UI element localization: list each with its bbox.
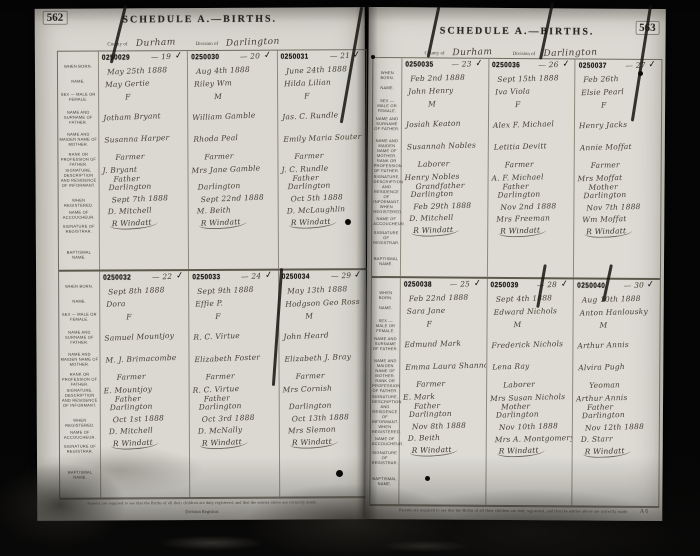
field-label: Rank or Profession of Father.: [61, 372, 99, 387]
field-label: Sex — Male or Female.: [59, 92, 97, 102]
register-page-563: 563 SCHEDULE A.—BIRTHS. County of Durham…: [365, 7, 666, 521]
corner-mark: A 6: [640, 509, 649, 515]
field-label: Signature, Description and Residence of …: [373, 174, 399, 204]
child-name-entry: John Henry: [408, 86, 453, 96]
when-registered-entry: Nov 2nd 1888: [500, 201, 556, 212]
sex-entry: M: [428, 99, 436, 108]
registrar-signature: R Windatt: [199, 217, 247, 230]
record-row-band: When Born.Name.Sex — Male or Female.Name…: [372, 58, 662, 280]
field-label: Signature of Registrar.: [61, 444, 99, 454]
father-name-entry: Henry Jacks: [579, 120, 628, 130]
when-born-entry: Sept 8th 1888: [108, 285, 165, 296]
field-label: Name.: [59, 79, 97, 84]
field-label-column: When Born.Name.Sex — Male or Female.Name…: [370, 278, 401, 504]
field-label: When Registered.: [372, 424, 398, 434]
father-rank-entry: Farmer: [295, 371, 324, 381]
county-division-line: County of Durham Division of Darlington: [35, 31, 365, 51]
registration-number-stamp: 0250030: [191, 53, 219, 61]
child-name-entry: Hodgson Geo Ross: [285, 297, 360, 309]
registration-number-stamp: 0250036: [492, 61, 520, 69]
registrar-signature: R Windatt: [288, 216, 336, 229]
father-rank-entry: Farmer: [206, 371, 235, 381]
handwritten-sequence-number: — 20: [240, 51, 261, 61]
registration-number-stamp: 0250029: [102, 54, 130, 62]
field-label: Rank or Profession of Father.: [374, 158, 400, 173]
field-label: Name of Accoucheur.: [372, 436, 398, 446]
informant-residence-entry: Darlington: [110, 402, 153, 413]
father-rank-entry: Farmer: [416, 379, 445, 389]
register-table: When Born.Name.Sex — Male or Female.Name…: [57, 49, 369, 500]
informant-residence-entry: Darlington: [198, 181, 241, 192]
check-mark: ✓: [264, 271, 273, 282]
field-label: Signature, Description and Residence of …: [372, 394, 398, 424]
when-born-entry: Sept 9th 1888: [197, 285, 254, 296]
handwritten-sequence-number: — 30: [624, 281, 644, 291]
father-name-entry: Arthur Annis: [578, 340, 630, 350]
registrar-signature: R Windatt: [498, 225, 546, 237]
certification-line: Division Registrar.: [37, 508, 367, 515]
birth-record: 0250037 — 27 ✓ Feb 26th Elsie Pearl F He…: [574, 59, 661, 278]
father-rank-entry: Farmer: [205, 151, 234, 161]
county-label: County of: [107, 42, 127, 47]
field-label: Name and Maiden Name of Mother.: [60, 352, 98, 367]
informant-residence-entry: Darlington: [199, 401, 242, 412]
birth-record: 0250033 — 24 ✓ Sept 9th 1888 Effie P. F …: [189, 271, 280, 497]
field-label: Sex — Male or Female.: [60, 312, 98, 322]
handwritten-sequence-number: — 22: [152, 272, 173, 282]
page-title: SCHEDULE A.—BIRTHS.: [35, 13, 365, 26]
informant-residence-entry: Darlington: [288, 401, 331, 412]
field-label: Baptismal Name.: [60, 250, 98, 260]
mother-name-entry: Susannah Nobles: [407, 141, 476, 152]
when-born-entry: Feb 22nd 1888: [409, 293, 469, 304]
accoucheur-entry: D. Beith: [408, 433, 441, 443]
mother-name-entry: Elizabeth J. Bray: [284, 352, 351, 364]
field-label-column: When Born.Name.Sex — Male or Female.Name…: [59, 272, 101, 498]
sex-entry: F: [215, 312, 221, 321]
record-group: 0250035 — 23 ✓ Feb 2nd 1888 John Henry M…: [401, 58, 662, 278]
check-mark: ✓: [175, 271, 184, 282]
registrar-signature: R Windatt: [410, 445, 458, 457]
field-label: Rank or Profession of Father.: [372, 378, 398, 393]
registration-number-stamp: 0250035: [405, 61, 433, 69]
registrar-signature: R Windatt: [200, 437, 248, 450]
father-name-entry: Samuel Mountjoy: [104, 331, 174, 343]
accoucheur-entry: D. Starr: [581, 434, 613, 444]
handwritten-sequence-number: — 23: [452, 59, 472, 69]
registrar-signature: R Windatt: [496, 445, 544, 457]
mother-name-entry: Rhoda Peal: [194, 133, 239, 144]
sex-entry: F: [304, 91, 310, 100]
when-registered-entry: Feb 29th 1888: [413, 201, 471, 212]
father-name-entry: Alex F. Michael: [493, 119, 554, 130]
child-name-entry: Sara Jane: [407, 306, 446, 316]
father-rank-entry: Farmer: [294, 151, 323, 161]
sex-entry: F: [126, 312, 132, 321]
birth-record: 0250035 — 23 ✓ Feb 2nd 1888 John Henry M…: [401, 58, 489, 277]
sex-entry: M: [305, 311, 313, 320]
informant-residence-entry: Darlington: [582, 410, 625, 420]
child-name-entry: Iva Viola: [495, 86, 530, 96]
handwritten-sequence-number: — 21: [329, 51, 350, 61]
field-label: Signature of Registrar.: [372, 450, 398, 465]
birth-record: 0250029 — 19 ✓ May 25th 1888 May Gertie …: [99, 51, 189, 269]
father-rank-entry: Laborer: [503, 380, 535, 390]
sex-entry: M: [600, 321, 608, 330]
record-row-band: When Born.Name.Sex — Male or Female.Name…: [58, 50, 367, 272]
division-value: Darlington: [226, 37, 280, 49]
page-title: SCHEDULE A.—BIRTHS.: [369, 25, 666, 38]
field-label: When Registered.: [60, 198, 98, 208]
registrar-signature: R Windatt: [411, 225, 459, 237]
register-table: When Born.Name.Sex — Male or Female.Name…: [369, 57, 662, 508]
check-mark: ✓: [475, 58, 484, 69]
registration-number-stamp: 0250039: [490, 281, 518, 289]
check-mark: ✓: [647, 279, 656, 290]
mother-name-entry: Alvira Pugh: [579, 362, 626, 372]
child-name-entry: Riley Wm: [194, 78, 232, 89]
field-label: Baptismal Name.: [371, 476, 397, 486]
division-label: Division of: [196, 42, 219, 47]
informant-residence-entry: Darlington: [410, 189, 453, 199]
handwritten-sequence-number: — 26: [538, 60, 558, 70]
record-row-band: When Born.Name.Sex — Male or Female.Name…: [370, 278, 660, 507]
record-group: 0250032 — 22 ✓ Sept 8th 1888 Dora F Samu…: [100, 270, 368, 497]
registrar-signature: R Windatt: [110, 217, 158, 230]
father-rank-entry: Yeoman: [589, 380, 620, 390]
check-mark: ✓: [353, 50, 362, 61]
check-mark: ✓: [263, 51, 272, 62]
accoucheur-entry: D. McLaughlin: [286, 204, 345, 215]
footnote: Parents are required to see that the Bir…: [50, 499, 354, 506]
informant-residence-entry: Darlington: [497, 189, 540, 199]
father-name-entry: Jotham Bryant: [103, 111, 161, 122]
scanned-birth-register-spread: 562 SCHEDULE A.—BIRTHS. County of Durham…: [0, 0, 700, 556]
informant-residence-entry: Darlington: [409, 409, 452, 419]
field-label: When Born.: [373, 290, 399, 300]
division-label: Division of: [513, 52, 536, 57]
child-name-entry: Dora: [106, 299, 126, 309]
father-name-entry: Frederick Nichols: [491, 339, 563, 350]
field-label: Name and Surname of Father.: [372, 336, 398, 351]
check-mark: ✓: [648, 59, 657, 70]
when-registered-entry: Nov 8th 1888: [412, 421, 466, 432]
field-label: Name and Maiden Name of Mother.: [374, 138, 400, 158]
child-name-entry: Hilda Lilian: [284, 78, 331, 89]
handwritten-sequence-number: — 27: [625, 61, 645, 71]
father-rank-entry: Farmer: [591, 160, 620, 170]
mother-name-entry: Elizabeth Foster: [195, 353, 261, 365]
accoucheur-entry: D. Mitchell: [108, 205, 152, 216]
informant-signature-entry: Mrs Jane Gamble: [192, 163, 261, 175]
mother-name-entry: Annie Moffat: [580, 142, 632, 152]
registrar-signature: R Windatt: [111, 437, 159, 450]
when-born-entry: Feb 2nd 1888: [410, 73, 465, 84]
when-registered-entry: Oct 5th 1888: [290, 192, 343, 203]
check-mark: ✓: [562, 59, 571, 70]
field-label: Signature of Registrar.: [60, 224, 98, 234]
field-label: Name and Surname of Father.: [59, 110, 97, 125]
registration-number-stamp: 0250032: [103, 274, 131, 282]
when-registered-entry: Oct 1st 1888: [113, 413, 165, 424]
birth-record: 0250036 — 26 ✓ Sept 15th 1888 Iva Viola …: [488, 59, 576, 278]
birth-record: 0250031 — 21 ✓ June 24th 1888 Hilda Lili…: [278, 50, 367, 268]
sex-entry: F: [125, 92, 131, 101]
accoucheur-entry: D. McNally: [198, 425, 243, 436]
informant-residence-entry: Darlington: [108, 182, 151, 193]
when-registered-entry: Nov 7th 1888: [587, 202, 641, 213]
accoucheur-entry: Wm Moffat: [583, 214, 627, 224]
father-rank-entry: Farmer: [504, 160, 533, 170]
informant-residence-entry: Darlington: [496, 409, 539, 419]
footnote: Parents are required to see that the Bir…: [377, 507, 650, 514]
field-label: Name of Accoucheur.: [60, 210, 98, 220]
accoucheur-entry: Mrs Freeman: [496, 213, 550, 223]
father-name-entry: Jas. C. Rundle: [282, 110, 338, 121]
when-born-entry: May 13th 1888: [287, 284, 348, 295]
field-label: Rank or Profession of Father.: [59, 152, 97, 167]
when-born-entry: May 25th 1888: [107, 65, 168, 76]
field-label: Name and Maiden Name of Mother.: [59, 132, 97, 147]
field-label-column: When Born.Name.Sex — Male or Female.Name…: [372, 58, 403, 276]
accoucheur-entry: M. Beith: [197, 205, 232, 215]
field-label: When Born.: [60, 284, 98, 289]
birth-record: 0250039 — 28 ✓ Sept 4th 1888 Edward Nich…: [486, 279, 574, 506]
registration-number-stamp: 0250037: [579, 62, 607, 70]
informant-residence-entry: Darlington: [584, 190, 627, 200]
field-label: Name and Surname of Father.: [374, 116, 400, 131]
registration-number-stamp: 0250038: [404, 281, 432, 289]
when-registered-entry: Sept 7th 1888: [112, 193, 169, 204]
mother-name-entry: Emily Maria Souter: [283, 132, 361, 144]
field-label: When Born.: [59, 64, 97, 69]
when-born-entry: Sept 4th 1888: [495, 293, 552, 304]
registration-number-stamp: 0250033: [192, 273, 220, 281]
sex-entry: M: [513, 320, 521, 329]
county-label: County of: [425, 51, 445, 56]
record-group: 0250038 — 25 ✓ Feb 22nd 1888 Sara Jane F…: [399, 278, 660, 506]
accoucheur-entry: D. Mitchell: [109, 425, 153, 436]
child-name-entry: Elsie Pearl: [581, 87, 624, 97]
field-label: Name of Accoucheur.: [373, 216, 399, 226]
when-registered-entry: Sept 22nd 1888: [201, 193, 265, 205]
field-label: Signature, Description and Residence of …: [61, 388, 99, 408]
registrar-signature: R Windatt: [584, 226, 632, 238]
when-born-entry: June 24th 1888: [285, 64, 346, 75]
field-label: Baptismal Name.: [61, 470, 99, 480]
field-label: Signature, Description and Residence of …: [59, 168, 97, 188]
check-mark: ✓: [174, 51, 183, 62]
accoucheur-entry: D. Mitchell: [409, 213, 453, 223]
mother-name-entry: Letitia Devitt: [493, 141, 546, 151]
child-name-entry: May Gertie: [105, 78, 150, 89]
informant-signature-entry: Mrs Cornish: [282, 383, 332, 394]
mother-name-entry: Emma Laura Shannon: [405, 360, 487, 371]
accoucheur-entry: Mrs A. Montgomery: [494, 433, 574, 444]
when-registered-entry: Oct 13th 1888: [291, 412, 349, 423]
field-label-column: When Born.Name.Sex — Male or Female.Name…: [58, 52, 100, 270]
field-label: Baptismal Name.: [373, 256, 399, 266]
registrar-signature: R Windatt: [289, 436, 337, 449]
mother-name-entry: Susanna Harper: [104, 133, 169, 145]
mother-name-entry: Lena Ray: [492, 361, 529, 371]
field-label: Name.: [60, 299, 98, 304]
handwritten-sequence-number: — 24: [241, 271, 262, 281]
check-mark: ✓: [354, 270, 363, 281]
child-name-entry: Anton Hanlousky: [580, 307, 648, 318]
birth-record: 0250040 — 30 ✓ Aug 10th 1888 Anton Hanlo…: [573, 279, 660, 506]
child-name-entry: Effie P.: [195, 298, 223, 308]
informant-residence-entry: Darlington: [287, 181, 330, 192]
father-name-entry: John Heard: [283, 331, 329, 342]
sex-entry: M: [214, 92, 222, 101]
field-label: Name.: [374, 85, 400, 90]
field-label: When Registered.: [61, 418, 99, 428]
father-name-entry: R. C. Virtue: [194, 331, 241, 342]
father-name-entry: Edmund Mark: [404, 339, 461, 350]
registration-number-stamp: 0250040: [577, 282, 605, 290]
father-rank-entry: Farmer: [116, 372, 145, 382]
field-label: Sex — Male or Female.: [374, 98, 400, 113]
when-born-entry: Aug 4th 1888: [196, 65, 250, 76]
sex-entry: F: [426, 319, 432, 328]
when-born-entry: Sept 15th 1888: [497, 73, 559, 84]
father-name-entry: Josiah Keaton: [406, 119, 461, 130]
handwritten-sequence-number: — 19: [151, 52, 172, 62]
birth-record: 0250034 — 29 ✓ May 13th 1888 Hodgson Geo…: [279, 270, 369, 496]
handwritten-sequence-number: — 29: [331, 271, 352, 281]
field-label: When Born.: [374, 70, 400, 80]
father-rank-entry: Farmer: [115, 152, 144, 162]
check-mark: ✓: [473, 278, 482, 289]
birth-record: 0250038 — 25 ✓ Feb 22nd 1888 Sara Jane F…: [399, 278, 487, 505]
field-label: Name.: [373, 305, 399, 310]
county-value: Durham: [453, 47, 493, 58]
sex-entry: F: [515, 100, 521, 109]
when-born-entry: Aug 10th 1888: [582, 294, 641, 305]
child-name-entry: Edward Nichols: [493, 306, 557, 317]
field-label: When Registered.: [373, 204, 399, 214]
sex-entry: F: [601, 101, 607, 110]
father-rank-entry: Laborer: [418, 159, 450, 169]
register-page-562: 562 SCHEDULE A.—BIRTHS. County of Durham…: [35, 7, 368, 521]
registration-number-stamp: 0250034: [282, 273, 310, 281]
field-label: Name and Surname of Father.: [60, 330, 98, 345]
mother-name-entry: M. J. Brimacombe: [105, 353, 176, 365]
accoucheur-entry: Mrs Slemon: [287, 424, 335, 435]
registration-number-stamp: 0250031: [281, 53, 309, 61]
check-mark: ✓: [560, 279, 569, 290]
birth-record: 0250032 — 22 ✓ Sept 8th 1888 Dora F Samu…: [100, 271, 191, 497]
when-registered-entry: Oct 3rd 1888: [202, 413, 255, 424]
county-value: Durham: [135, 37, 175, 49]
field-label: Name and Maiden Name of Mother.: [372, 358, 398, 378]
record-row-band: When Born.Name.Sex — Male or Female.Name…: [59, 270, 368, 499]
field-label: Sex — Male or Female.: [373, 318, 399, 333]
when-born-entry: Feb 26th: [584, 74, 620, 84]
handwritten-sequence-number: — 28: [537, 280, 557, 290]
registrar-signature: R Windatt: [583, 446, 631, 458]
father-name-entry: William Gamble: [192, 111, 255, 123]
field-label: Name of Accoucheur.: [61, 430, 99, 440]
handwritten-sequence-number: — 25: [450, 279, 470, 289]
record-group: 0250029 — 19 ✓ May 25th 1888 May Gertie …: [99, 50, 367, 269]
field-label: Signature of Registrar.: [373, 230, 399, 245]
birth-record: 0250030 — 20 ✓ Aug 4th 1888 Riley Wm M W…: [188, 51, 278, 269]
when-registered-entry: Nov 10th 1888: [498, 421, 557, 432]
when-registered-entry: Nov 12th 1888: [585, 422, 644, 433]
